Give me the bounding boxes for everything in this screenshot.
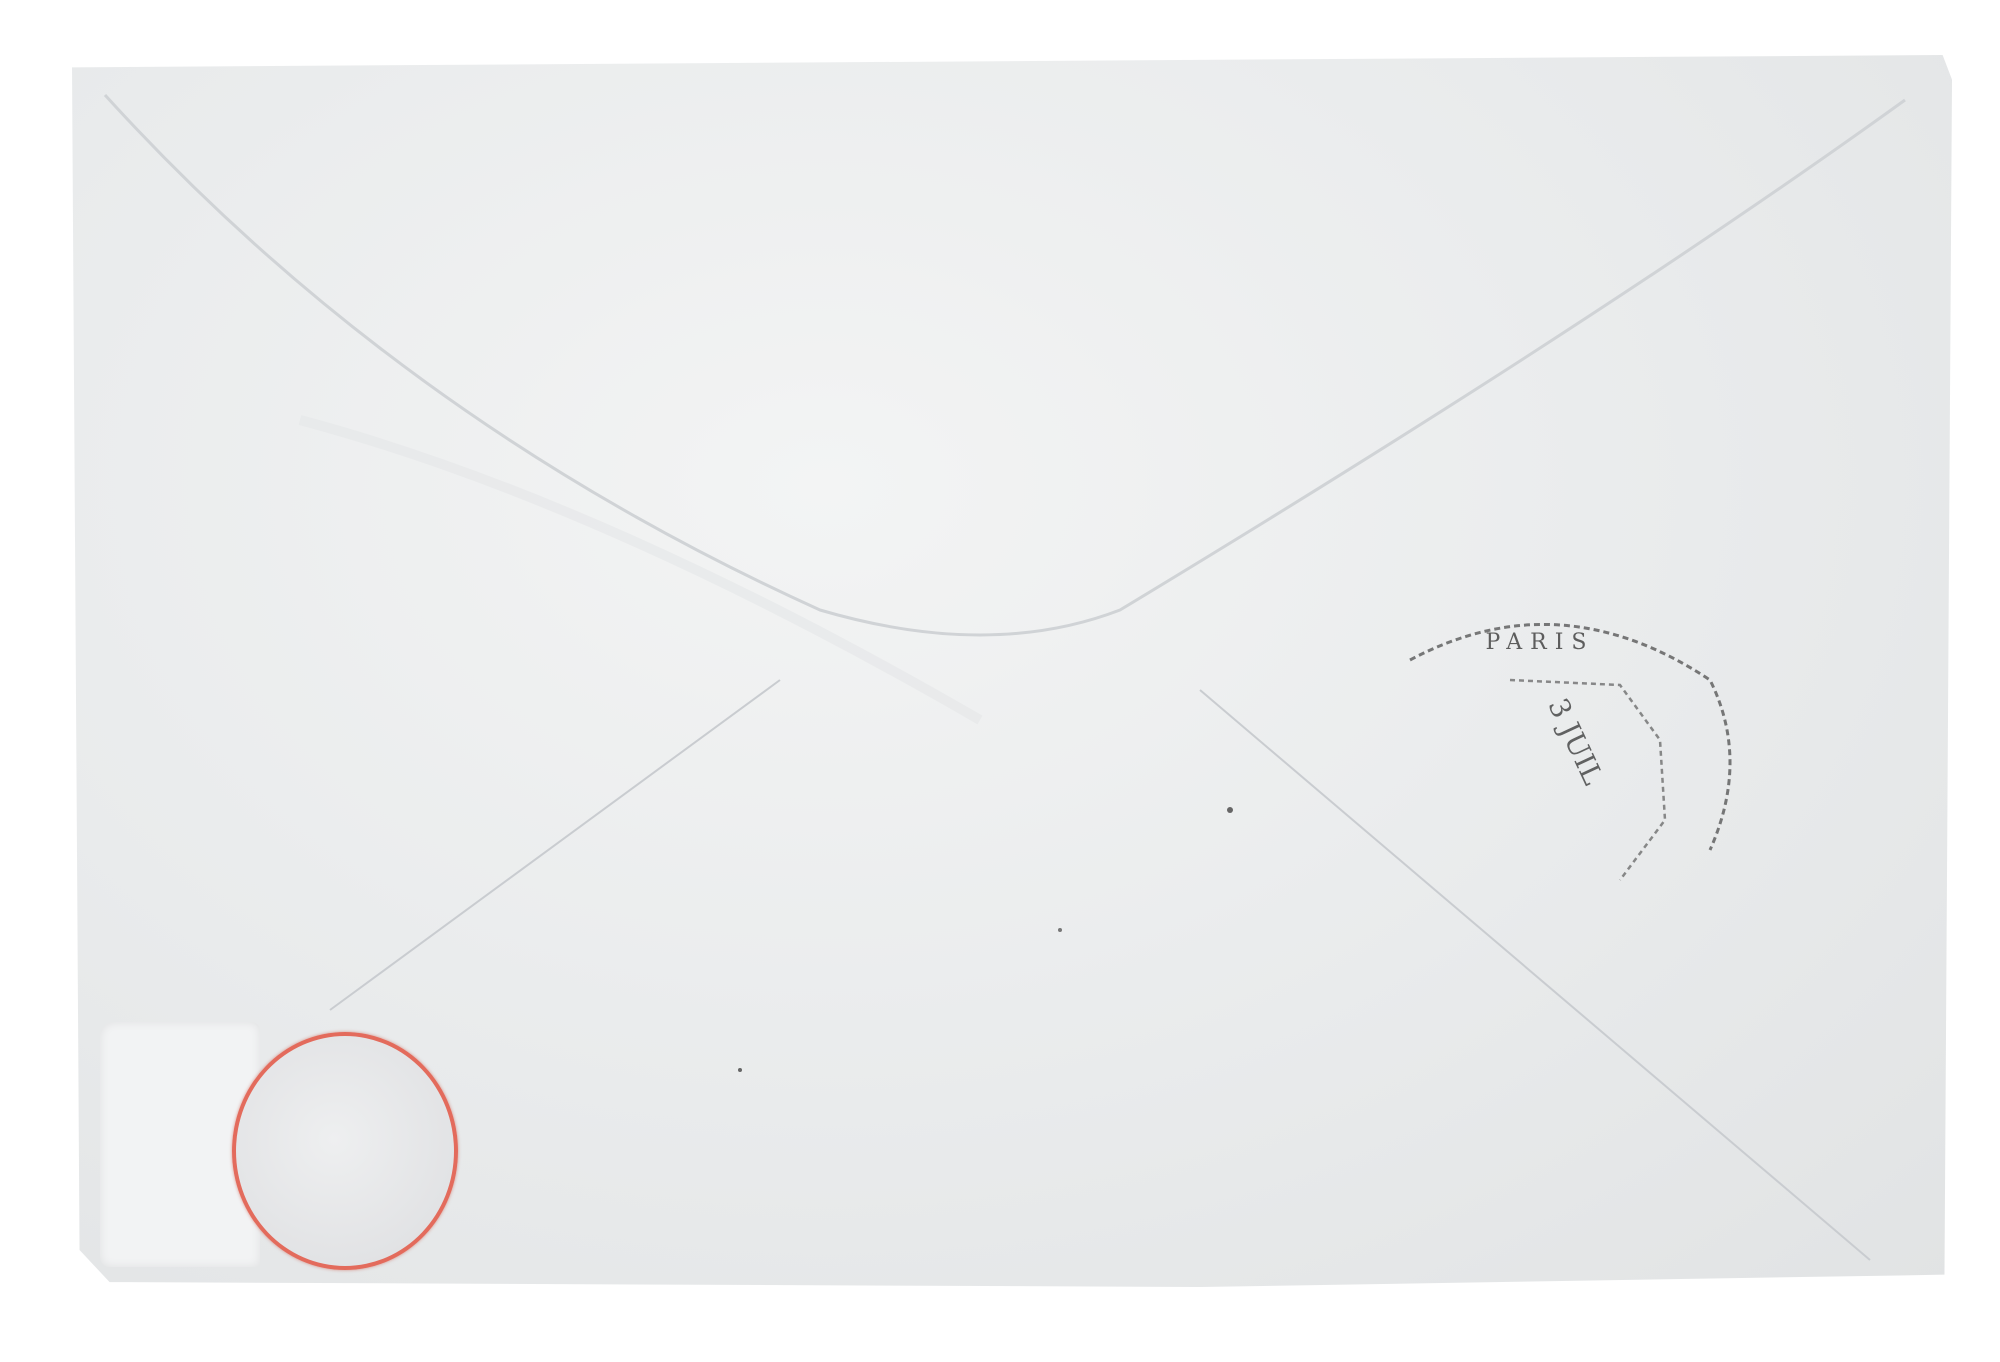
envelope-scan: PARIS 3 JUIL bbox=[0, 0, 2000, 1362]
wax-seal bbox=[232, 1032, 458, 1270]
postmark-city: PARIS bbox=[1360, 630, 1720, 655]
postmark: PARIS 3 JUIL bbox=[1380, 590, 1740, 910]
